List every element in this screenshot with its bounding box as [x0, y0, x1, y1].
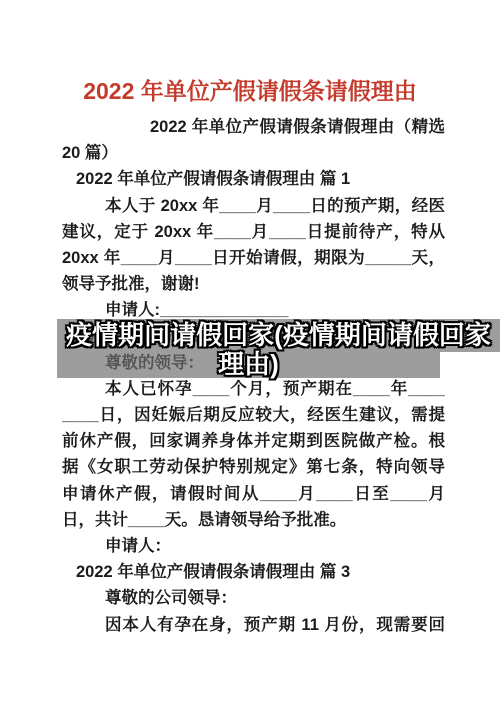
doc-line: 20 篇） [62, 140, 445, 166]
doc-line: 领导予批准，谢谢! [62, 271, 445, 297]
doc-line: 申请休产假，请假时间从____月____日至____月____ [62, 481, 445, 507]
doc-line: 前休产假，回家调养身体并定期到医院做产检。根 [62, 428, 445, 454]
document-title: 2022 年单位产假请假条请假理由 [0, 76, 500, 106]
doc-line: 建议，定于 20xx 年____月____日提前待产，特从 [62, 219, 445, 245]
watermark-banner-line-1: 疫情期间请假回家(疫情期间请假回家 [57, 319, 500, 352]
doc-line: 尊敬的公司领导： [62, 585, 445, 611]
doc-line: 2022 年单位产假请假条请假理由 篇 3 [62, 559, 445, 585]
doc-line: 日，共计____天。恳请领导给予批准。 [62, 507, 445, 533]
doc-line: 因本人有孕在身，预产期 11 月份，现需要回家 [62, 612, 445, 638]
doc-line: 2022 年单位产假请假条请假理由 篇 1 [62, 166, 445, 192]
doc-line: ____日，因妊娠后期反应较大，经医生建议，需提 [62, 402, 445, 428]
watermark-banner-line-2: 理由) [57, 352, 440, 378]
doc-line: 申请人： [62, 533, 445, 559]
doc-line: 2022 年单位产假请假条请假理由（精选 [62, 114, 445, 140]
doc-line: 本人已怀孕____个月，预产期在____年____月 [62, 376, 445, 402]
doc-line: 据《女职工劳动保护特别规定》第七条，特向领导 [62, 454, 445, 480]
doc-line: 本人于 20xx 年____月____日的预产期，经医生 [62, 193, 445, 219]
doc-line: 20xx 年____月____日开始请假，期限为_____天，请 [62, 245, 445, 271]
